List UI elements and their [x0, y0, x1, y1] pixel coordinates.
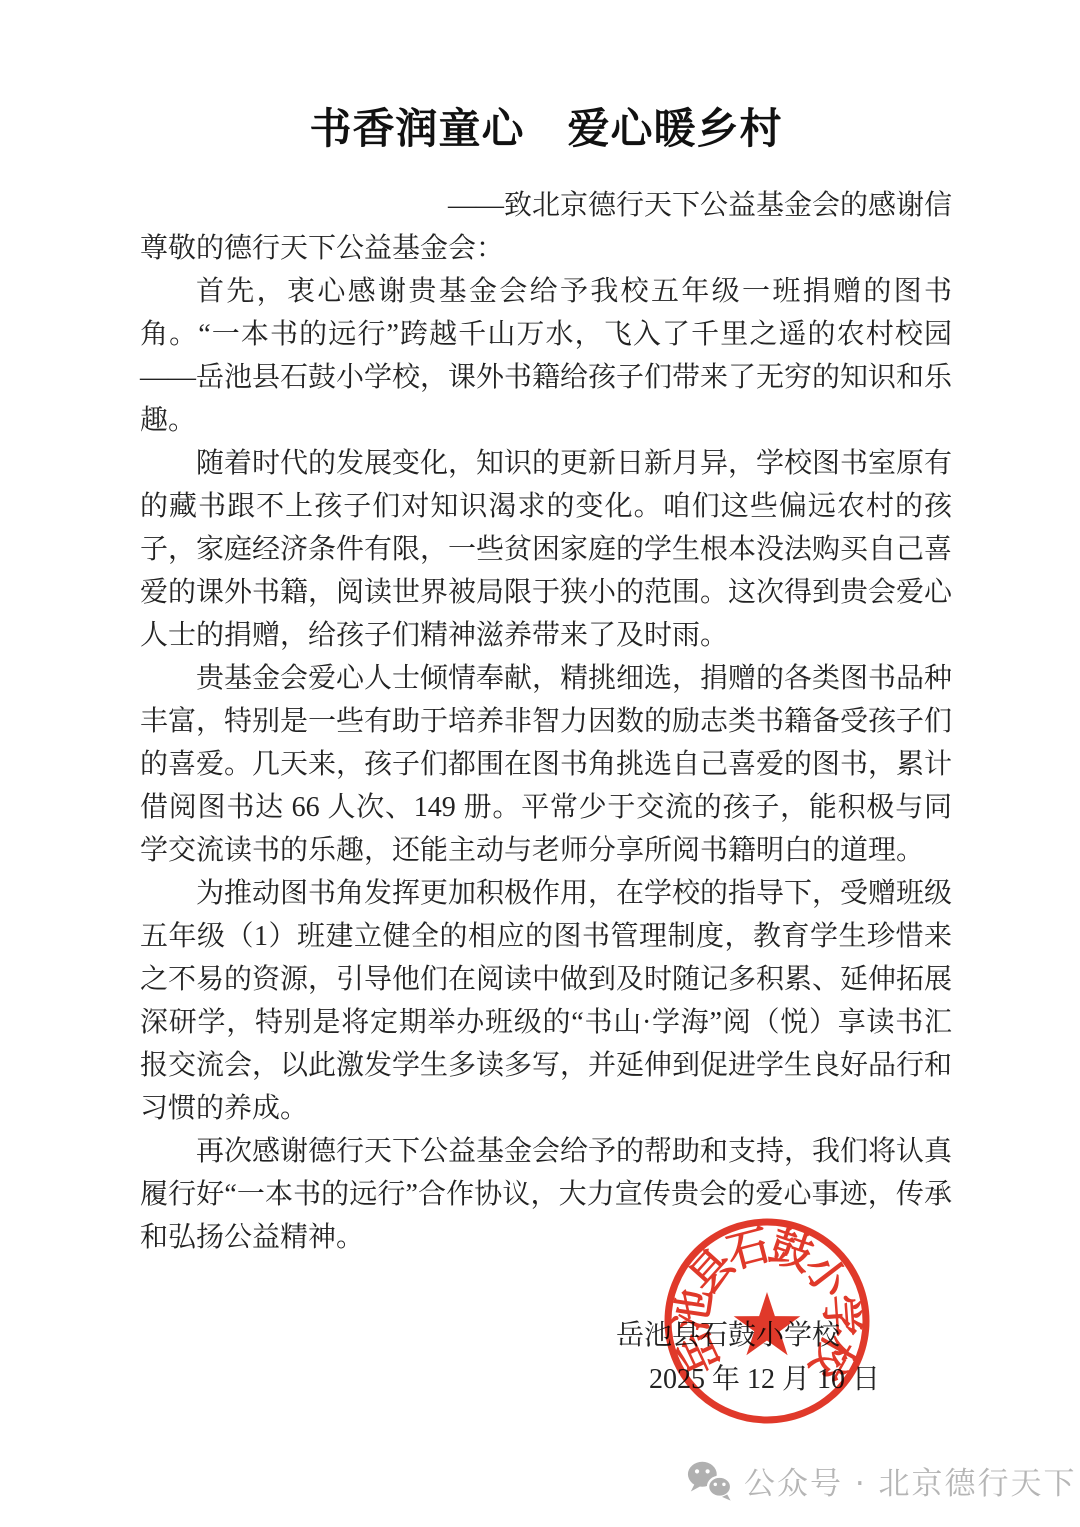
- letter-subtitle: ——致北京德行天下公益基金会的感谢信: [140, 184, 952, 227]
- salutation: 尊敬的德行天下公益基金会：: [140, 227, 952, 270]
- body-paragraph: 首先，衷心感谢贵基金会给予我校五年级一班捐赠的图书角。“一本书的远行”跨越千山万…: [140, 270, 952, 442]
- body-paragraph: 贵基金会爱心人士倾情奉献，精挑细选，捐赠的各类图书品种丰富，特别是一些有助于培养…: [140, 657, 952, 872]
- footer-label: 公众号 · 北京德行天下: [744, 1458, 1077, 1503]
- page-title: 书香润童心 爱心暖乡村: [140, 104, 952, 154]
- letter-document: 书香润童心 爱心暖乡村 ——致北京德行天下公益基金会的感谢信 尊敬的德行天下公益…: [0, 0, 1080, 1402]
- body-paragraph: 随着时代的发展变化，知识的更新日新月异，学校图书室原有的藏书跟不上孩子们对知识渴…: [140, 442, 952, 657]
- star-icon: [734, 1292, 801, 1355]
- wechat-icon: [686, 1459, 734, 1503]
- seal-char: 校: [800, 1327, 862, 1388]
- body-paragraph: 为推动图书角发挥更加积极作用，在学校的指导下，受赠班级五年级（1）班建立健全的相…: [140, 872, 952, 1130]
- public-account-watermark: 公众号 · 北京德行天下: [686, 1458, 1077, 1503]
- school-seal: 岳 池 县 石 鼓 小 学 校: [657, 1211, 877, 1431]
